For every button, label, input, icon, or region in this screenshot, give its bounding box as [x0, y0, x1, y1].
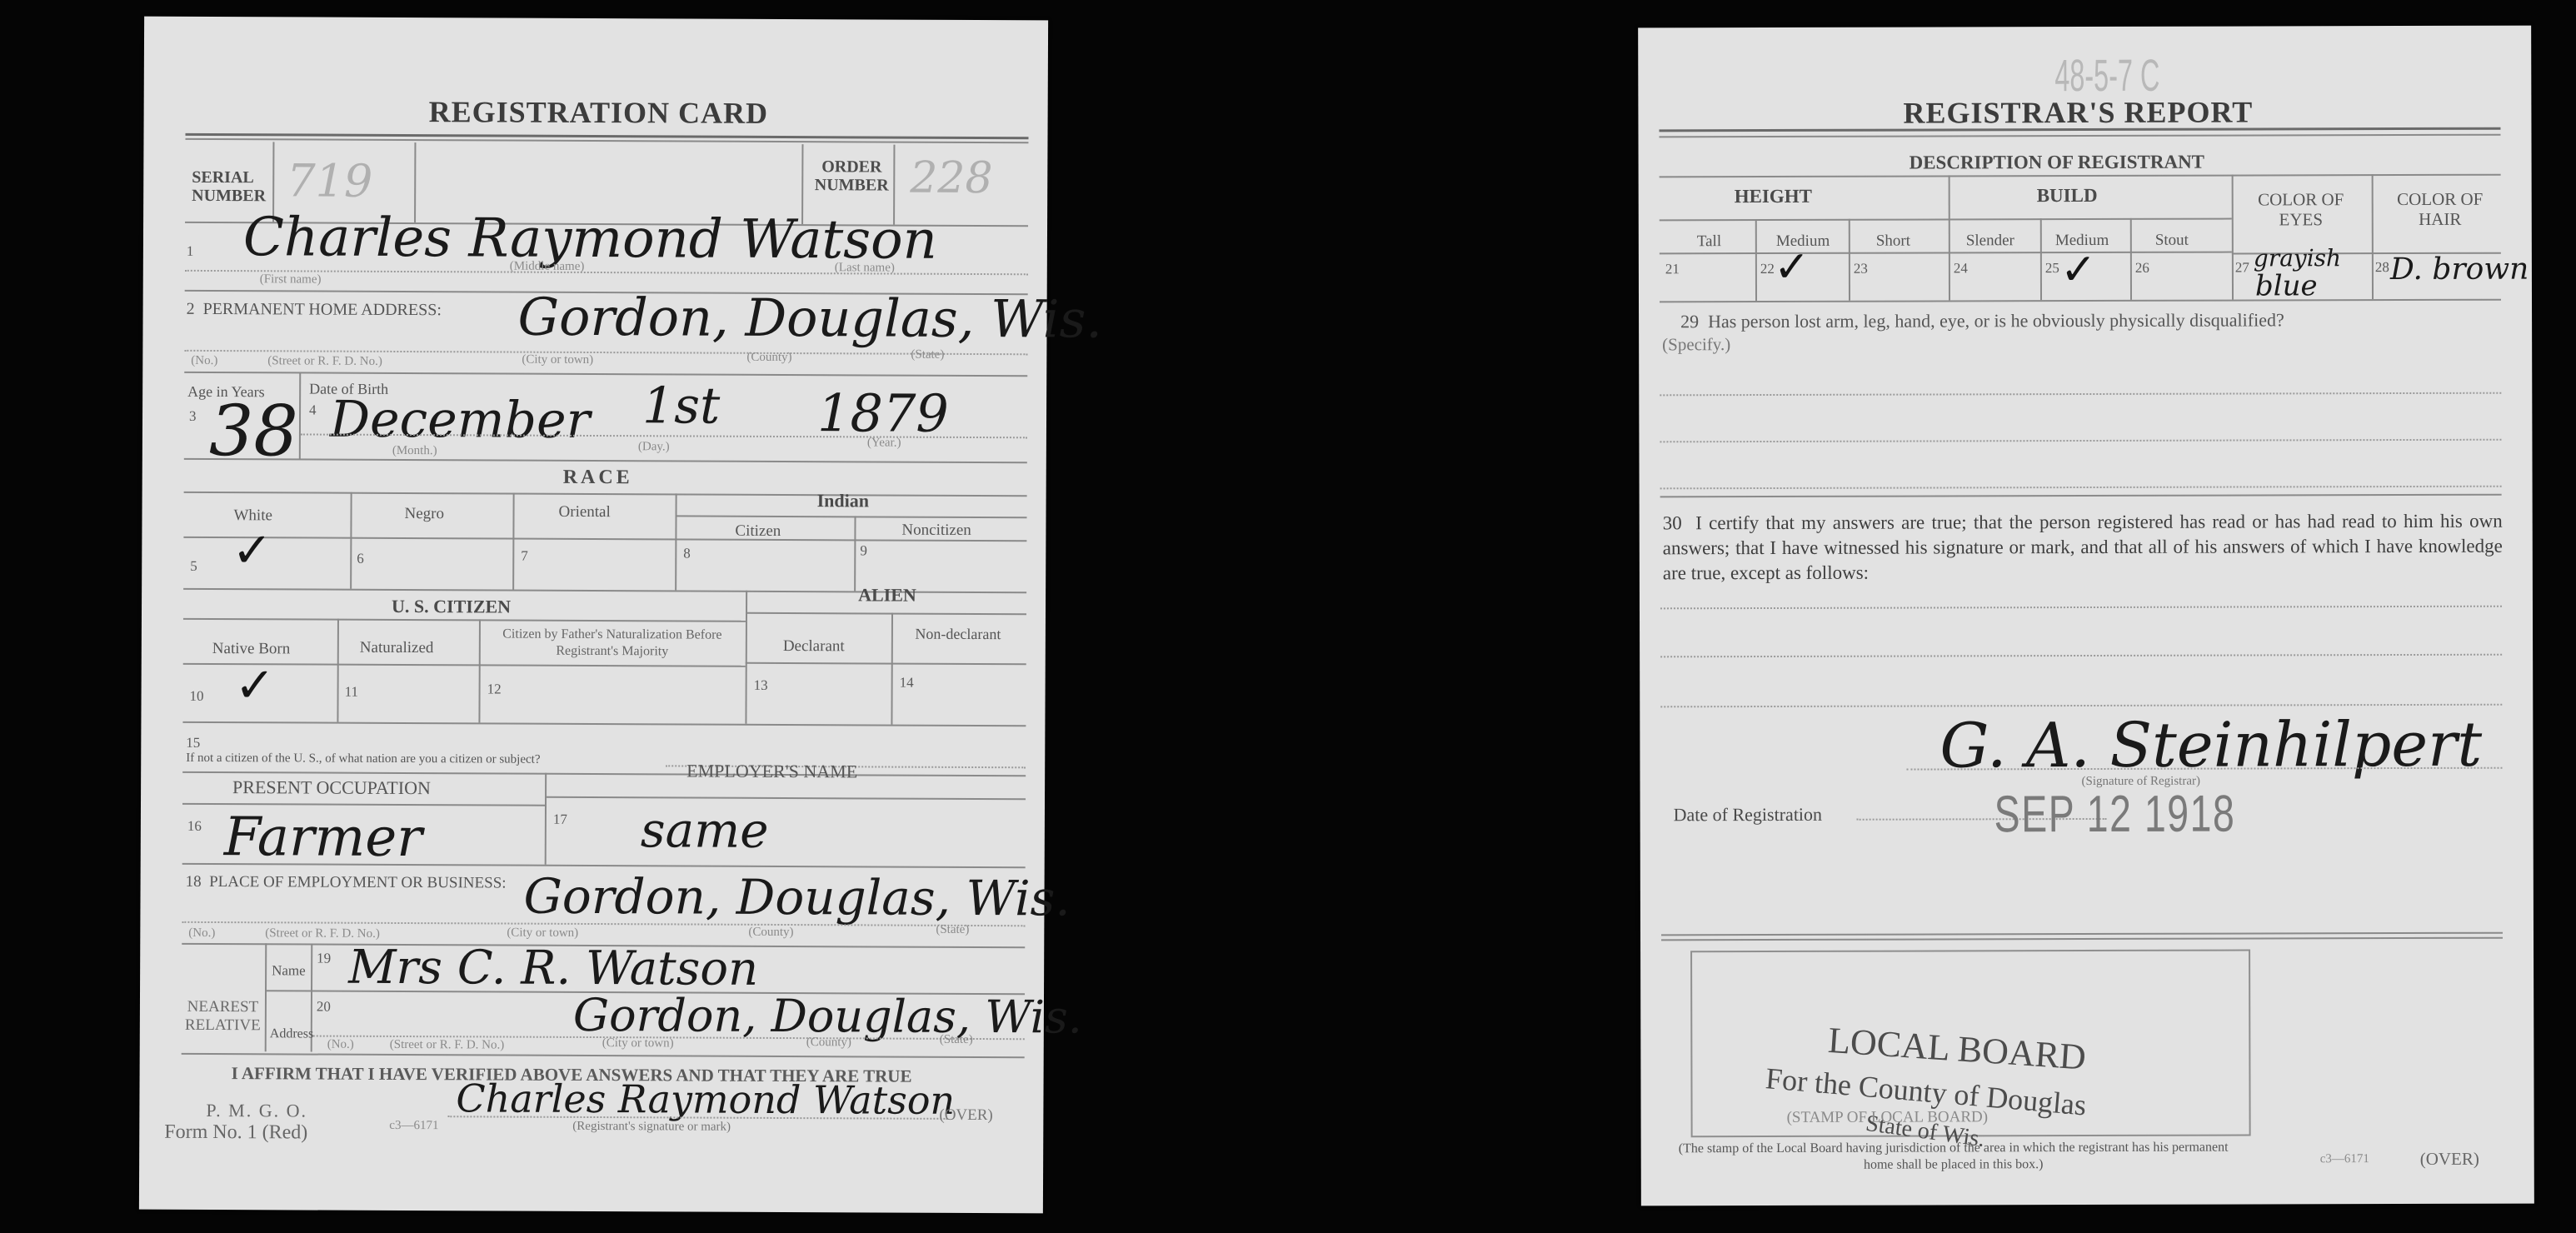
field-number: 10 — [190, 688, 204, 705]
divider — [891, 613, 893, 725]
field-number: 5 — [190, 558, 197, 575]
registration-card: REGISTRATION CARD SERIAL NUMBER 719 ORDE… — [139, 17, 1048, 1214]
field-number: 19 — [317, 951, 331, 967]
caption-day: (Day.) — [638, 440, 670, 454]
field-number: 25 — [2045, 260, 2059, 277]
home-address-label: 2 PERMANENT HOME ADDRESS: — [187, 300, 442, 320]
registrant-name: Charles Raymond Watson — [243, 207, 937, 272]
field-number: 21 — [1665, 261, 1680, 277]
nationality-question: If not a citizen of the U. S., of what n… — [186, 751, 540, 767]
registrar-signature: G. A. Steinhilpert — [1939, 709, 2482, 782]
relative-name-label: Name — [272, 962, 306, 979]
registrars-report-card: 48-5-7 C REGISTRAR'S REPORT DESCRIPTION … — [1638, 26, 2534, 1206]
caption-city: (City or town) — [522, 353, 593, 367]
check-mark-icon: ✓ — [1774, 242, 1810, 292]
divider — [299, 372, 301, 458]
divider — [746, 662, 1026, 665]
build-slender-label: Slender — [1966, 232, 2014, 250]
divider — [745, 591, 747, 724]
stamp-instruction: (The stamp of the Local Board having jur… — [1666, 1140, 2241, 1175]
declarant-label: Declarant — [783, 637, 845, 656]
employer-label: EMPLOYER'S NAME — [686, 760, 857, 782]
field-number: 3 — [189, 408, 197, 425]
height-short-label: Short — [1876, 232, 1910, 251]
dob-day: 1st — [642, 377, 720, 435]
build-heading: BUILD — [2037, 185, 2098, 207]
race-indian-citizen-label: Citizen — [735, 522, 781, 541]
caption-state: (State) — [936, 923, 969, 937]
dotted-line — [1660, 486, 2502, 490]
field-number: 27 — [2235, 259, 2249, 276]
serial-number-value: 719 — [287, 154, 372, 207]
home-address-value: Gordon, Douglas, Wis. — [517, 287, 1102, 350]
field-number: 9 — [860, 542, 867, 559]
divider — [545, 796, 1026, 801]
divider — [1660, 174, 2501, 178]
divider — [854, 516, 856, 591]
over-label: (OVER) — [2420, 1149, 2479, 1170]
registration-date-stamp: SEP 12 1918 — [1994, 785, 2236, 845]
field-number: 15 — [186, 735, 200, 751]
naturalized-label: Naturalized — [360, 639, 434, 657]
dob-month: December — [330, 391, 591, 450]
divider — [184, 372, 1027, 377]
divider — [2130, 218, 2132, 300]
caption-state: (State) — [911, 348, 944, 362]
field-number: 26 — [2135, 260, 2149, 277]
signature-caption: (Registrant's signature or mark) — [572, 1120, 731, 1135]
occupation-label: PRESENT OCCUPATION — [232, 776, 431, 799]
divider — [478, 619, 481, 722]
field-number: 6 — [357, 551, 364, 567]
divider — [2372, 174, 2374, 299]
build-stout-label: Stout — [2155, 232, 2189, 250]
alien-heading: ALIEN — [858, 584, 916, 606]
citizen-by-father-label: Citizen by Father's Naturalization Befor… — [487, 626, 737, 660]
field-number: 2 — [187, 300, 195, 318]
specify-label: (Specify.) — [1662, 334, 1730, 355]
caption-city: (City or town) — [507, 926, 578, 941]
divider — [1949, 175, 1950, 300]
divider — [1849, 219, 1850, 301]
order-number-label: ORDER NUMBER — [810, 157, 893, 194]
field-number: 20 — [317, 999, 331, 1016]
field-number: 1 — [187, 243, 194, 260]
employment-place-label: 18 PLACE OF EMPLOYMENT OR BUSINESS: — [186, 873, 507, 893]
divider — [350, 492, 352, 589]
race-negro-label: Negro — [404, 505, 444, 523]
dotted-line — [1660, 606, 2502, 610]
eye-color-value-line1: grayish — [2254, 244, 2341, 272]
divider — [182, 721, 1026, 726]
divider — [1659, 134, 2500, 138]
employment-place-value: Gordon, Douglas, Wis. — [523, 868, 1071, 927]
serial-number-label: SERIAL NUMBER — [192, 168, 268, 205]
dotted-line — [1660, 654, 2502, 658]
divider — [1661, 932, 2503, 936]
hair-color-label: COLOR OF HAIR — [2378, 189, 2503, 229]
field-number: 22 — [1760, 261, 1775, 277]
print-code: c3—6171 — [2320, 1152, 2369, 1166]
caption-no: (No.) — [327, 1038, 354, 1052]
form-agency: P. M. G. O. — [206, 1100, 307, 1122]
file-mark: 48-5-7 C — [2054, 50, 2159, 102]
height-tall-label: Tall — [1697, 232, 1721, 251]
divider — [676, 515, 1027, 518]
dob-year: 1879 — [817, 382, 949, 444]
relative-name-value: Mrs C. R. Watson — [348, 941, 758, 996]
caption-month: (Month.) — [392, 444, 437, 458]
field-number: 8 — [683, 545, 691, 562]
caption-middle-name: (Middle name) — [510, 260, 585, 274]
race-oriental-label: Oriental — [558, 503, 610, 522]
divider — [337, 619, 339, 722]
report-title: REGISTRAR'S REPORT — [1903, 94, 2253, 130]
hair-color-value: D. brown — [2390, 252, 2529, 287]
card-title: REGISTRATION CARD — [429, 94, 769, 131]
caption-county: (County) — [748, 926, 793, 940]
employer-value: same — [641, 801, 769, 859]
race-heading: RACE — [563, 467, 633, 489]
eye-color-value-line2: blue — [2255, 269, 2318, 302]
field-number: 24 — [1954, 260, 1968, 277]
form-number: Form No. 1 (Red) — [164, 1121, 307, 1145]
field-number: 4 — [309, 402, 317, 419]
caption-first-name: (First name) — [260, 272, 322, 287]
occupation-value: Farmer — [224, 806, 422, 869]
disqualification-question-text: Has person lost arm, leg, hand, eye, or … — [1708, 309, 2284, 332]
us-citizen-heading: U. S. CITIZEN — [392, 596, 511, 618]
caption-county: (County) — [806, 1036, 851, 1050]
caption-state: (State) — [940, 1033, 973, 1047]
divider — [1660, 218, 2232, 222]
divider — [1661, 937, 2503, 941]
check-mark-icon: ✓ — [234, 656, 275, 713]
eye-color-label: COLOR OF EYES — [2239, 189, 2364, 229]
caption-street: (Street or R. F. D. No.) — [267, 354, 382, 369]
certification-text: 30 I certify that my answers are true; t… — [1663, 509, 2503, 587]
caption-last-name: (Last name) — [835, 261, 895, 275]
divider — [1660, 299, 2501, 303]
field-number: 16 — [187, 818, 202, 835]
check-mark-icon: ✓ — [232, 522, 272, 578]
field-number: 18 — [186, 873, 202, 891]
dotted-line — [1660, 704, 2502, 708]
caption-county: (County) — [746, 351, 791, 365]
divider — [1659, 127, 2500, 132]
disqualification-question: 29 Has person lost arm, leg, hand, eye, … — [1680, 309, 2284, 332]
field-number: 28 — [2375, 259, 2389, 276]
dotted-line — [1660, 392, 2501, 397]
field-number: 11 — [345, 684, 358, 701]
registration-date-label: Date of Registration — [1674, 804, 1822, 826]
check-mark-icon: ✓ — [2060, 245, 2097, 295]
caption-no: (No.) — [191, 354, 217, 368]
divider — [183, 537, 1026, 542]
divider — [1660, 252, 2232, 255]
field-number: 23 — [1854, 261, 1868, 277]
divider — [184, 458, 1027, 463]
caption-year: (Year.) — [867, 436, 901, 450]
divider — [185, 138, 1028, 143]
height-heading: HEIGHT — [1735, 186, 1812, 207]
divider — [1755, 219, 1757, 301]
divider — [184, 492, 1027, 497]
dotted-line — [1660, 439, 2501, 443]
employment-place-label-text: PLACE OF EMPLOYMENT OR BUSINESS: — [209, 873, 507, 892]
relative-address-label: Address — [270, 1026, 314, 1041]
description-heading: DESCRIPTION OF REGISTRANT — [1910, 152, 2205, 174]
divider — [675, 493, 677, 590]
field-number: 13 — [754, 677, 768, 694]
field-number: 29 — [1680, 311, 1699, 332]
divider — [182, 1053, 1025, 1058]
field-number: 12 — [487, 681, 502, 697]
field-number: 7 — [521, 548, 528, 565]
field-number: 17 — [553, 811, 567, 828]
non-declarant-label: Non-declarant — [908, 625, 1008, 644]
divider — [2232, 175, 2234, 300]
field-number: 30 — [1663, 512, 1682, 533]
divider — [2040, 218, 2042, 300]
divider — [183, 618, 746, 622]
home-address-label-text: PERMANENT HOME ADDRESS: — [203, 300, 442, 319]
caption-street: (Street or R. F. D. No.) — [390, 1038, 505, 1053]
indian-heading: Indian — [817, 490, 870, 512]
certification-text-body: I certify that my answers are true; that… — [1663, 511, 2503, 584]
print-code: c3—6171 — [389, 1119, 438, 1133]
divider — [265, 943, 267, 1051]
divider — [512, 493, 515, 590]
divider — [1660, 494, 2502, 498]
caption-city: (City or town) — [602, 1036, 674, 1051]
stamp-box-caption: (STAMP OF LOCAL BOARD) — [1787, 1108, 1989, 1127]
divider — [746, 612, 1026, 615]
divider — [545, 773, 547, 865]
caption-no: (No.) — [188, 926, 215, 941]
nearest-relative-label: NEAREST RELATIVE — [183, 998, 262, 1035]
over-label: (OVER) — [939, 1106, 992, 1125]
caption-street: (Street or R. F. D. No.) — [265, 926, 380, 941]
native-born-label: Native Born — [212, 640, 291, 658]
field-number: 14 — [900, 675, 914, 691]
order-number-value: 228 — [910, 153, 993, 203]
divider — [182, 771, 1026, 776]
race-indian-noncitizen-label: Noncitizen — [901, 522, 971, 540]
